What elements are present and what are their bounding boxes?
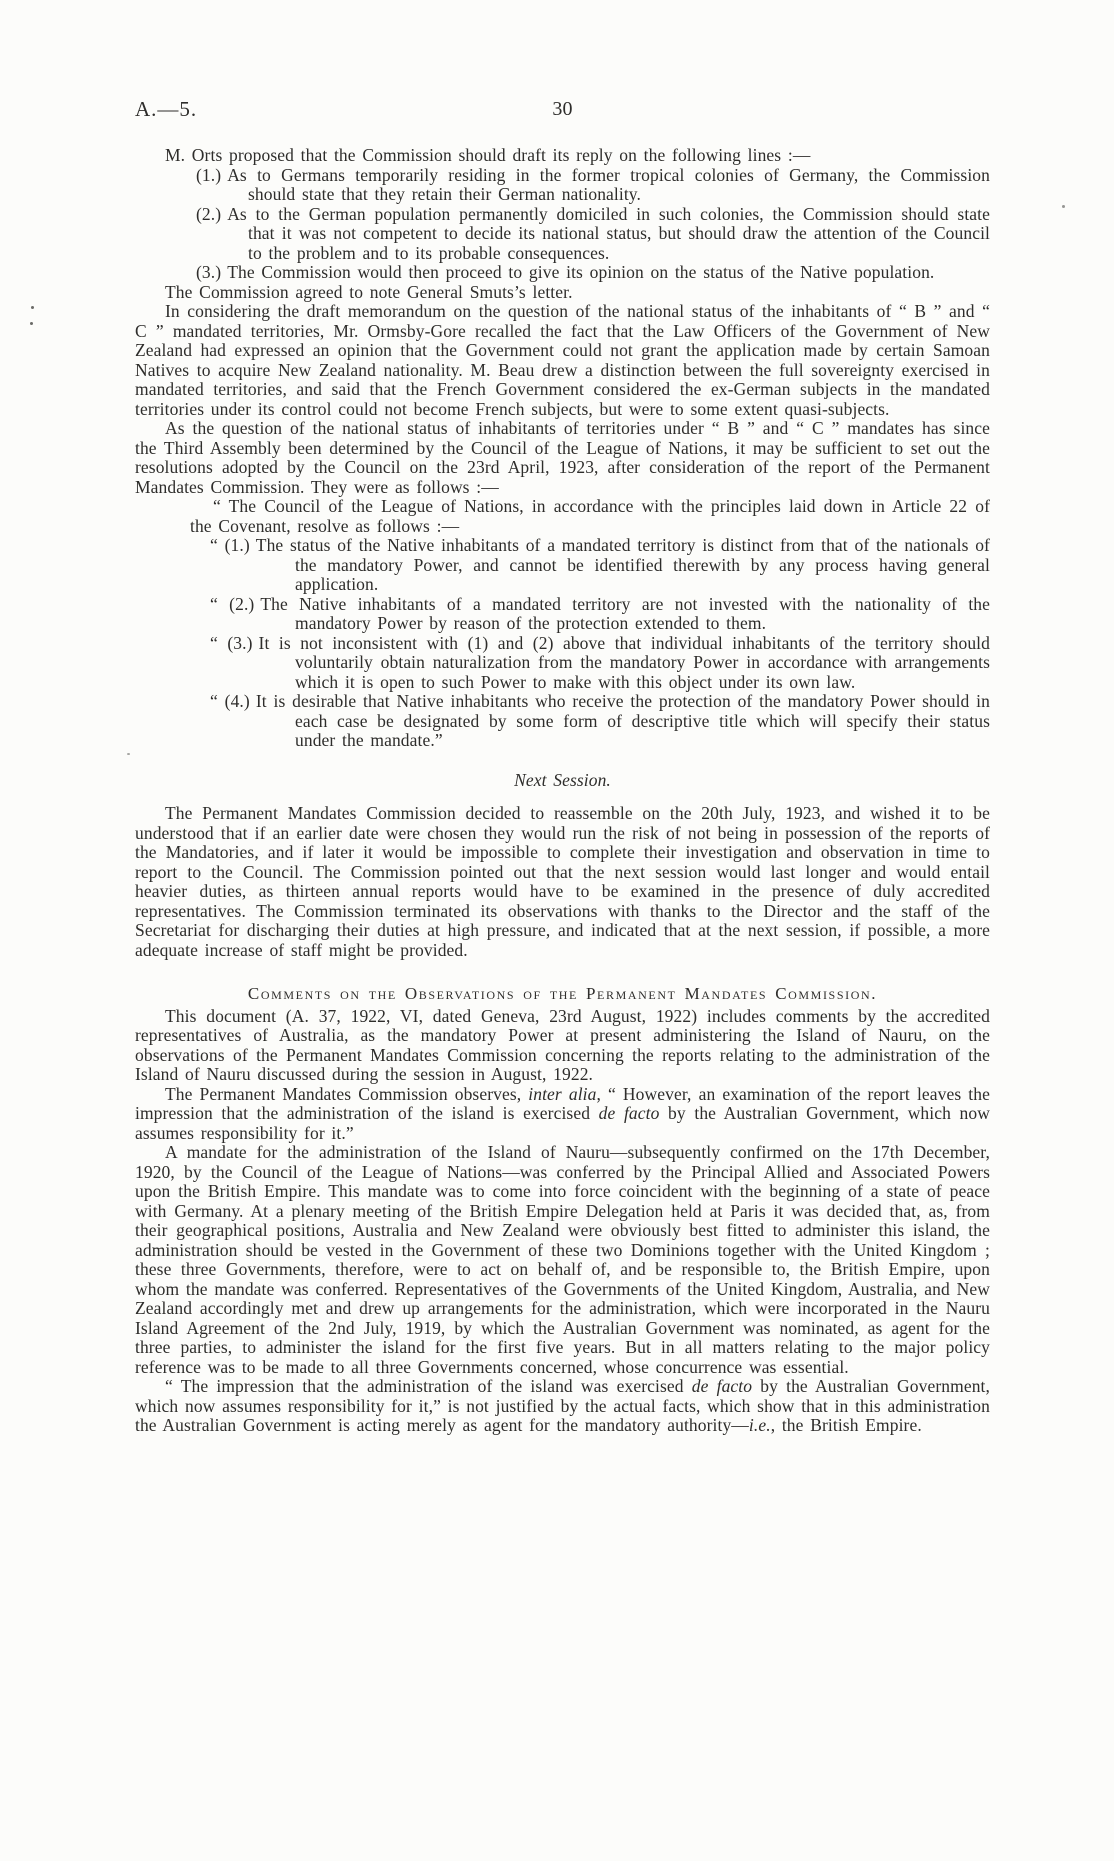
paragraph-mandate-history: A mandate for the administration of the … (135, 1143, 990, 1377)
scan-speck (31, 306, 34, 309)
italic-phrase-de-facto: de facto (599, 1103, 660, 1123)
quote-intro: “ The Council of the League of Nations, … (135, 497, 990, 536)
paragraph-reassemble: The Permanent Mandates Commission decide… (135, 804, 990, 960)
quote-marker: “ (4.) (210, 691, 250, 711)
list-marker: (3.) (196, 262, 221, 282)
quote-item-text: The Native inhabitants of a mandated ter… (260, 594, 990, 634)
document-page: A.—5. 30 M. Orts proposed that the Commi… (0, 0, 1114, 1861)
section-heading-next-session: Next Session. (135, 771, 990, 791)
paragraph-orts-proposal: M. Orts proposed that the Commission sho… (135, 146, 990, 166)
list-item-3: (3.)The Commission would then proceed to… (135, 263, 990, 283)
quote-marker: “ (1.) (210, 535, 250, 555)
quote-item-2: “ (2.)The Native inhabitants of a mandat… (135, 595, 990, 634)
page-number: 30 (135, 100, 990, 120)
italic-phrase-ie: i.e. (749, 1415, 771, 1435)
quote-marker: “ (2.) (210, 594, 254, 614)
quote-marker: “ (3.) (210, 633, 253, 653)
paragraph-impression-rebuttal: “ The impression that the administration… (135, 1377, 990, 1436)
quote-item-text: It is not inconsistent with (1) and (2) … (259, 633, 990, 692)
list-item-text: As to Germans temporarily residing in th… (227, 165, 990, 205)
list-item-text: The Commission would then proceed to giv… (227, 262, 934, 282)
section-heading-comments: Comments on the Observations of the Perm… (135, 984, 990, 1004)
quote-item-4: “ (4.)It is desirable that Native inhabi… (135, 692, 990, 751)
paragraph-commission-observes: The Permanent Mandates Commission observ… (135, 1085, 990, 1144)
scan-speck (127, 753, 130, 755)
paragraph-text: “ The impression that the administration… (165, 1376, 692, 1396)
scan-speck (1062, 205, 1065, 208)
paragraph-national-status: As the question of the national status o… (135, 419, 990, 497)
document-body: M. Orts proposed that the Commission sho… (135, 146, 990, 1436)
italic-phrase-de-facto: de facto (692, 1376, 752, 1396)
paragraph-this-document: This document (A. 37, 1922, VI, dated Ge… (135, 1007, 990, 1085)
paragraph-smuts-letter: The Commission agreed to note General Sm… (135, 283, 990, 303)
quote-item-text: The status of the Native inhabitants of … (256, 535, 990, 594)
list-item-text: As to the German population permanently … (227, 204, 990, 263)
paragraph-text: , the British Empire. (771, 1415, 922, 1435)
list-item-2: (2.)As to the German population permanen… (135, 205, 990, 264)
list-marker: (2.) (196, 204, 221, 224)
quote-item-3: “ (3.)It is not inconsistent with (1) an… (135, 634, 990, 693)
list-marker: (1.) (196, 165, 221, 185)
italic-phrase-inter-alia: inter alia (528, 1084, 596, 1104)
scan-speck (30, 322, 33, 325)
list-item-1: (1.)As to Germans temporarily residing i… (135, 166, 990, 205)
paragraph-text: The Permanent Mandates Commission observ… (165, 1084, 528, 1104)
page-header: A.—5. 30 (135, 100, 990, 126)
quote-item-1: “ (1.)The status of the Native inhabitan… (135, 536, 990, 595)
paragraph-draft-memorandum: In considering the draft memorandum on t… (135, 302, 990, 419)
quote-item-text: It is desirable that Native inhabitants … (256, 691, 990, 750)
